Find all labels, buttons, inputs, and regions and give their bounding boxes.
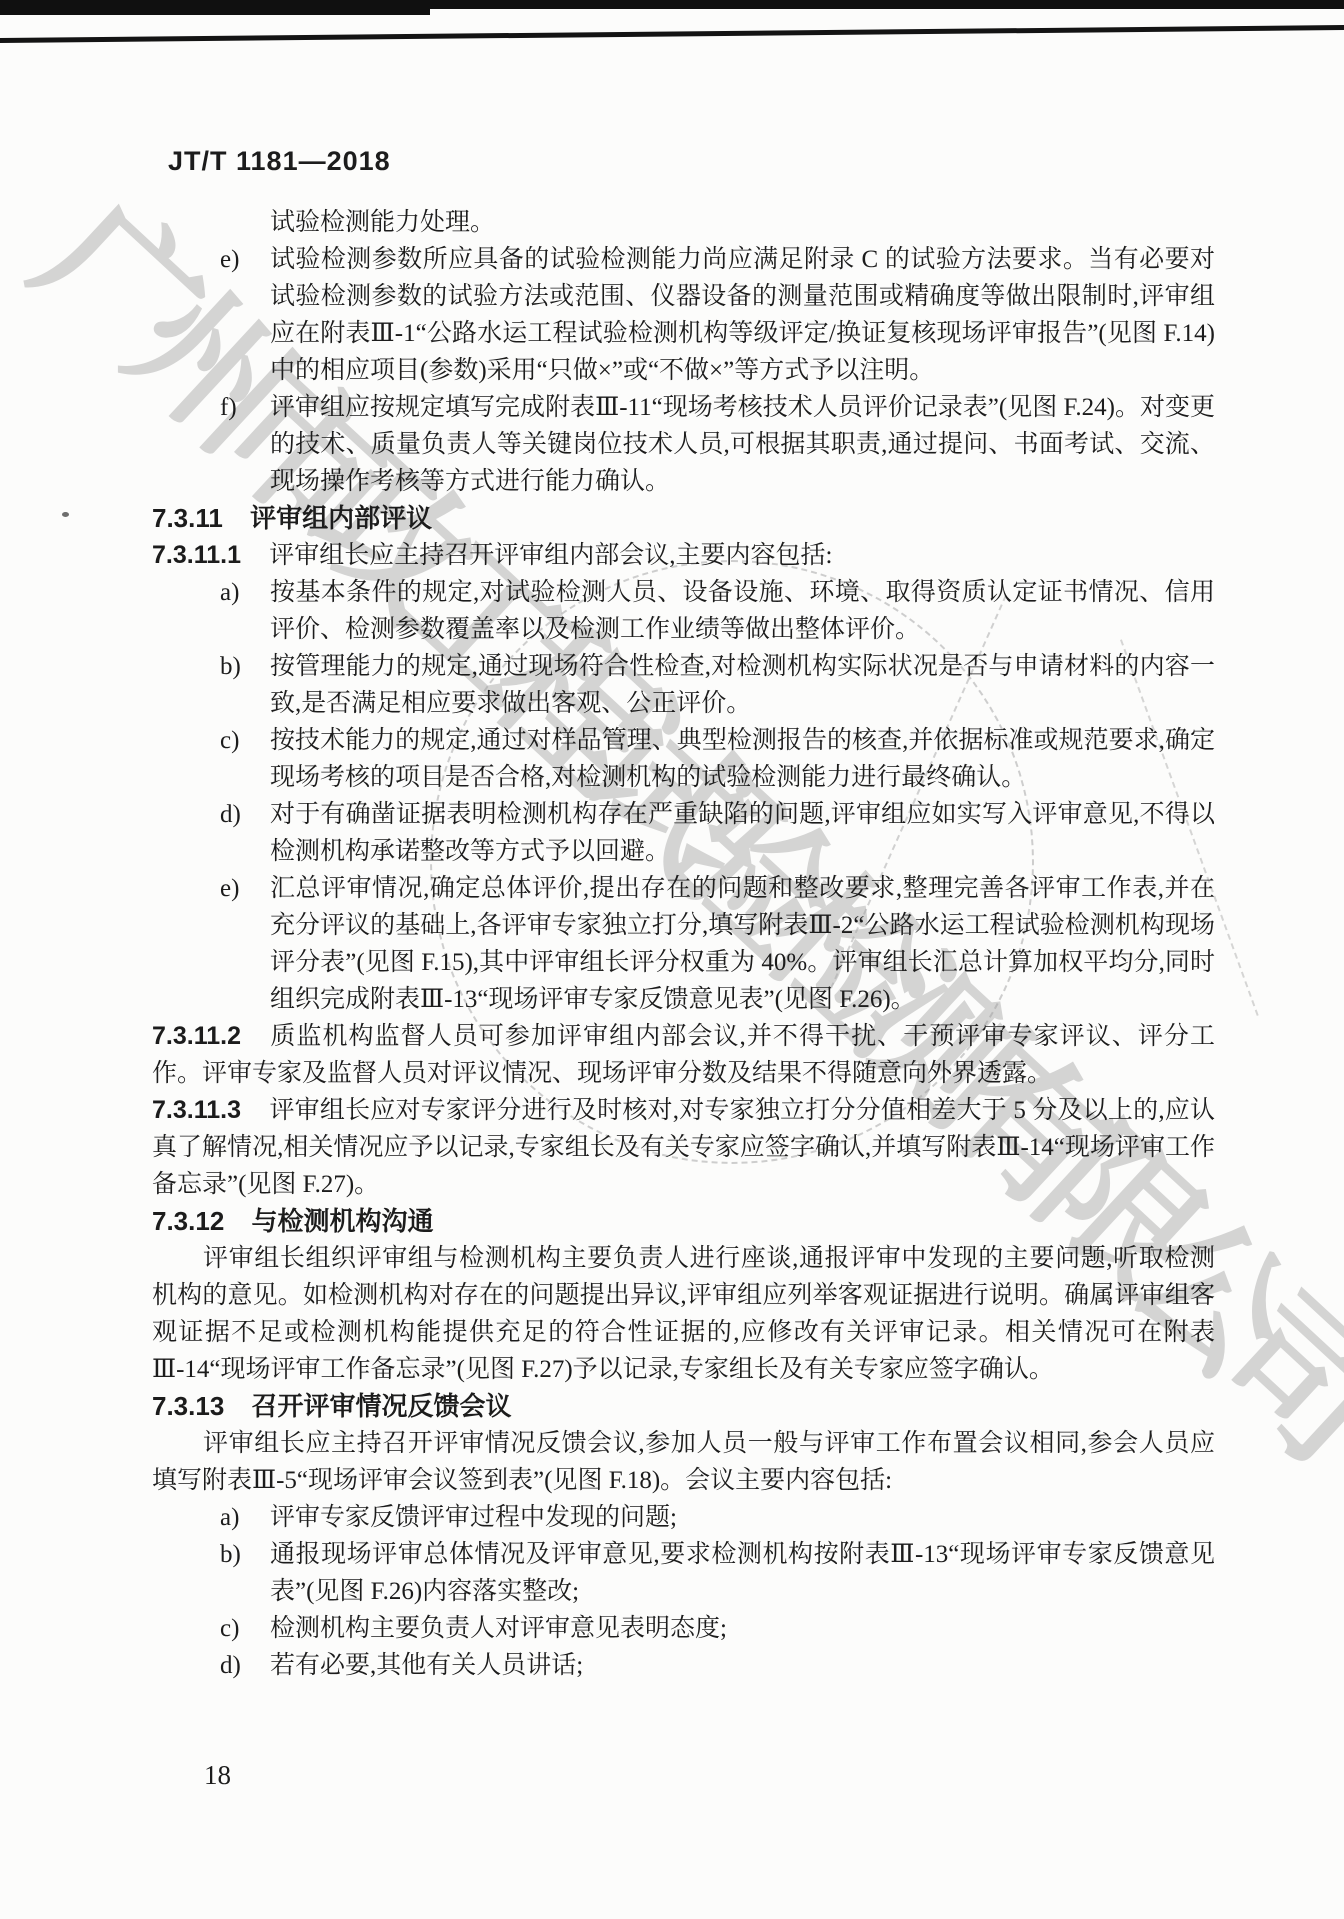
list-text: 若有必要,其他有关人员讲话; [270, 1652, 583, 1679]
section-number: 7.3.12 [152, 1206, 224, 1236]
list-label: a) [220, 574, 239, 611]
list-text: 按基本条件的规定,对试验检测人员、设备设施、环境、取得资质认定证书情况、信用评价… [270, 579, 1215, 643]
list-text: 通报现场评审总体情况及评审意见,要求检测机构按附表Ⅲ-13“现场评审专家反馈意见… [270, 1541, 1215, 1605]
list-item: a) 评审专家反馈评审过程中发现的问题; [152, 1499, 1215, 1536]
list-label: b) [220, 648, 241, 685]
section-number: 7.3.13 [152, 1391, 224, 1421]
body-paragraph: 评审组长应主持召开评审情况反馈会议,参加人员一般与评审工作布置会议相同,参会人员… [152, 1425, 1215, 1499]
clause-paragraph: 7.3.11.3 评审组长应对专家评分进行及时核对,对专家独立打分分值相差大于 … [152, 1092, 1215, 1203]
page-number: 18 [204, 1760, 231, 1791]
list-label: c) [220, 1610, 239, 1647]
clause-paragraph: 7.3.11.1 评审组长应主持召开评审组内部会议,主要内容包括: [152, 537, 1215, 574]
list-label: f) [220, 389, 237, 426]
clause-number: 7.3.11.2 [152, 1022, 241, 1050]
list-text: 按技术能力的规定,通过对样品管理、典型检测报告的核查,并依据标准或规范要求,确定… [270, 727, 1215, 791]
scan-artifact-second-bar [0, 25, 1344, 43]
list-text: 评审专家反馈评审过程中发现的问题; [270, 1504, 677, 1531]
clause-number: 7.3.11.1 [152, 541, 241, 569]
list-item: f) 评审组应按规定填写完成附表Ⅲ-11“现场考核技术人员评价记录表”(见图 F… [152, 389, 1215, 500]
clause-text: 质监机构监督人员可参加评审组内部会议,并不得干扰、干预评审专家评议、评分工作。评… [152, 1023, 1215, 1087]
list-text: 评审组应按规定填写完成附表Ⅲ-11“现场考核技术人员评价记录表”(见图 F.24… [270, 394, 1215, 495]
list-label: d) [220, 796, 241, 833]
section-heading: 7.3.12 与检测机构沟通 [152, 1203, 1215, 1240]
list-item: e) 试验检测参数所应具备的试验检测能力尚应满足附录 C 的试验方法要求。当有必… [152, 241, 1215, 389]
list-item: c) 检测机构主要负责人对评审意见表明态度; [152, 1610, 1215, 1647]
list-item: c) 按技术能力的规定,通过对样品管理、典型检测报告的核查,并依据标准或规范要求… [152, 722, 1215, 796]
list-label: b) [220, 1536, 241, 1573]
clause-number: 7.3.11.3 [152, 1096, 241, 1124]
list-text: 检测机构主要负责人对评审意见表明态度; [270, 1615, 727, 1642]
list-label: e) [220, 241, 239, 278]
clause-text: 评审组长应对专家评分进行及时核对,对专家独立打分分值相差大于 5 分及以上的,应… [152, 1097, 1215, 1198]
paragraph-continuation: 试验检测能力处理。 [152, 204, 1215, 241]
list-text: 对于有确凿证据表明检测机构存在严重缺陷的问题,评审组应如实写入评审意见,不得以检… [270, 801, 1215, 865]
standard-code-header: JT/T 1181—2018 [168, 146, 391, 177]
section-heading: 7.3.13 召开评审情况反馈会议 [152, 1388, 1215, 1425]
list-item: d) 对于有确凿证据表明检测机构存在严重缺陷的问题,评审组应如实写入评审意见,不… [152, 796, 1215, 870]
list-item: d) 若有必要,其他有关人员讲话; [152, 1647, 1215, 1684]
list-text: 试验检测参数所应具备的试验检测能力尚应满足附录 C 的试验方法要求。当有必要对试… [270, 246, 1215, 384]
scan-artifact-top-blob [0, 0, 430, 15]
section-heading: 7.3.11 评审组内部评议 [152, 500, 1215, 537]
clause-text: 评审组长应主持召开评审组内部会议,主要内容包括: [269, 542, 832, 569]
body-paragraph: 评审组长组织评审组与检测机构主要负责人进行座谈,通报评审中发现的主要问题,听取检… [152, 1240, 1215, 1388]
section-title: 与检测机构沟通 [252, 1206, 434, 1236]
list-label: a) [220, 1499, 239, 1536]
list-label: c) [220, 722, 239, 759]
section-title: 评审组内部评议 [250, 503, 432, 533]
list-text: 汇总评审情况,确定总体评价,提出存在的问题和整改要求,整理完善各评审工作表,并在… [270, 875, 1215, 1013]
list-label: e) [220, 870, 239, 907]
document-page: 广州市政工程试验检测有限公司 JT/T 1181—2018 试验检测能力处理。 … [0, 0, 1344, 1919]
list-item: a) 按基本条件的规定,对试验检测人员、设备设施、环境、取得资质认定证书情况、信… [152, 574, 1215, 648]
list-item: b) 按管理能力的规定,通过现场符合性检查,对检测机构实际状况是否与申请材料的内… [152, 648, 1215, 722]
scan-speck [62, 512, 69, 517]
list-label: d) [220, 1647, 241, 1684]
section-title: 召开评审情况反馈会议 [252, 1391, 512, 1421]
section-number: 7.3.11 [152, 503, 223, 533]
document-body: 试验检测能力处理。 e) 试验检测参数所应具备的试验检测能力尚应满足附录 C 的… [152, 204, 1215, 1684]
list-item: b) 通报现场评审总体情况及评审意见,要求检测机构按附表Ⅲ-13“现场评审专家反… [152, 1536, 1215, 1610]
list-item: e) 汇总评审情况,确定总体评价,提出存在的问题和整改要求,整理完善各评审工作表… [152, 870, 1215, 1018]
list-text: 按管理能力的规定,通过现场符合性检查,对检测机构实际状况是否与申请材料的内容一致… [270, 653, 1215, 717]
clause-paragraph: 7.3.11.2 质监机构监督人员可参加评审组内部会议,并不得干扰、干预评审专家… [152, 1018, 1215, 1092]
